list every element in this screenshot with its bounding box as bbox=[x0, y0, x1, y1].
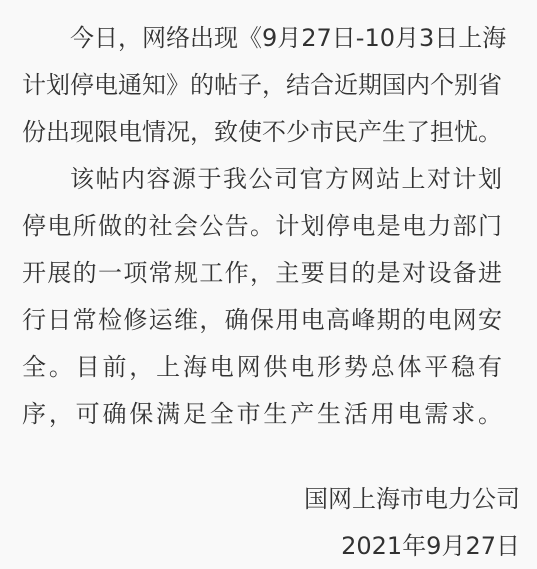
text-line: 序，可确保满足全市生产生活用电需求。 bbox=[22, 391, 502, 438]
signature-block: 国网上海市电力公司 2021年9月27日 bbox=[22, 476, 520, 569]
paragraph-1: 今日，网络出现《9月27日-10月3日上海 计划停电通知》的帖子，结合近期国内个… bbox=[22, 15, 502, 156]
text-line: 行日常检修运维，确保用电高峰期的电网安 bbox=[22, 297, 502, 344]
text-line: 今日，网络出现《9月27日-10月3日上海 bbox=[22, 15, 502, 62]
text-line: 计划停电通知》的帖子，结合近期国内个别省 bbox=[22, 62, 502, 109]
paragraph-2: 该帖内容源于我公司官方网站上对计划 停电所做的社会公告。计划停电是电力部门 开展… bbox=[22, 156, 502, 438]
announcement-card: 今日，网络出现《9月27日-10月3日上海 计划停电通知》的帖子，结合近期国内个… bbox=[0, 0, 537, 569]
signature-organization: 国网上海市电力公司 bbox=[22, 476, 520, 523]
text-line: 开展的一项常规工作，主要目的是对设备进 bbox=[22, 250, 502, 297]
text-line: 全。目前，上海电网供电形势总体平稳有 bbox=[22, 344, 502, 391]
text-line: 份出现限电情况，致使不少市民产生了担忧。 bbox=[22, 109, 502, 156]
signature-date: 2021年9月27日 bbox=[22, 523, 520, 569]
text-line: 停电所做的社会公告。计划停电是电力部门 bbox=[22, 203, 502, 250]
text-line: 该帖内容源于我公司官方网站上对计划 bbox=[22, 156, 502, 203]
